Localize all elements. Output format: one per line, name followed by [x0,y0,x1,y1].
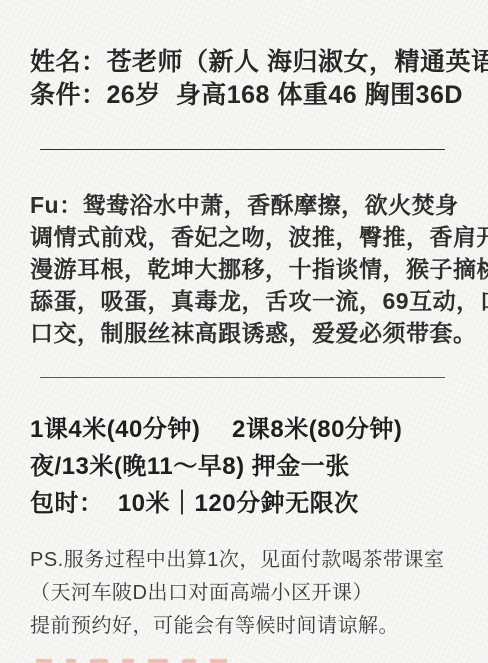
pricing-line: 夜/13米(晚11～早8) 押金一张 [0,448,488,485]
services-section: Fu：鸳鸯浴水中萧，香酥摩擦，欲火焚身 调情式前戏，香妃之吻，波推，臀推，香肩开… [0,189,488,349]
pricing-line: 1课4米(40分钟) 2课8米(80分钟) [0,411,488,448]
services-line: 漫游耳根，乾坤大挪移，十指谈情，猴子摘桃， [0,253,488,285]
profile-section: 姓名：苍老师（新人 海归淑女，精通英语） 条件：26岁 身高168 体重46 胸… [0,0,488,112]
section-divider-top [40,149,445,150]
services-line: 口交，制服丝袜高跟诱惑，爱爱必须带套。 [0,317,488,349]
profile-name-line: 姓名：苍老师（新人 海归淑女，精通英语） [0,46,488,79]
profile-stats-line: 条件：26岁 身高168 体重46 胸围36D [0,79,488,112]
notes-line: 提前预约好，可能会有等候时间请谅解。 [0,610,488,643]
notes-line: PS.服务过程中出算1次，见面付款喝茶带课室 [0,544,488,577]
pricing-section: 1课4米(40分钟) 2课8米(80分钟) 夜/13米(晚11～早8) 押金一张… [0,411,488,522]
services-line: 舔蛋，吸蛋，真毒龙，舌攻一流，69互动，口爆， [0,285,488,317]
notes-line: （天河车陂D出口对面高端小区开课） [0,577,488,610]
services-line: 调情式前戏，香妃之吻，波推，臀推，香肩开背， [0,221,488,253]
notes-section: PS.服务过程中出算1次，见面付款喝茶带课室 （天河车陂D出口对面高端小区开课）… [0,544,488,643]
pricing-line: 包时： 10米｜120分鈡无限次 [0,485,488,522]
cutoff-red-text [36,659,266,663]
section-divider-bottom [40,377,445,378]
flyer-page: 姓名：苍老师（新人 海归淑女，精通英语） 条件：26岁 身高168 体重46 胸… [0,0,488,663]
services-line: Fu：鸳鸯浴水中萧，香酥摩擦，欲火焚身 [0,189,488,221]
